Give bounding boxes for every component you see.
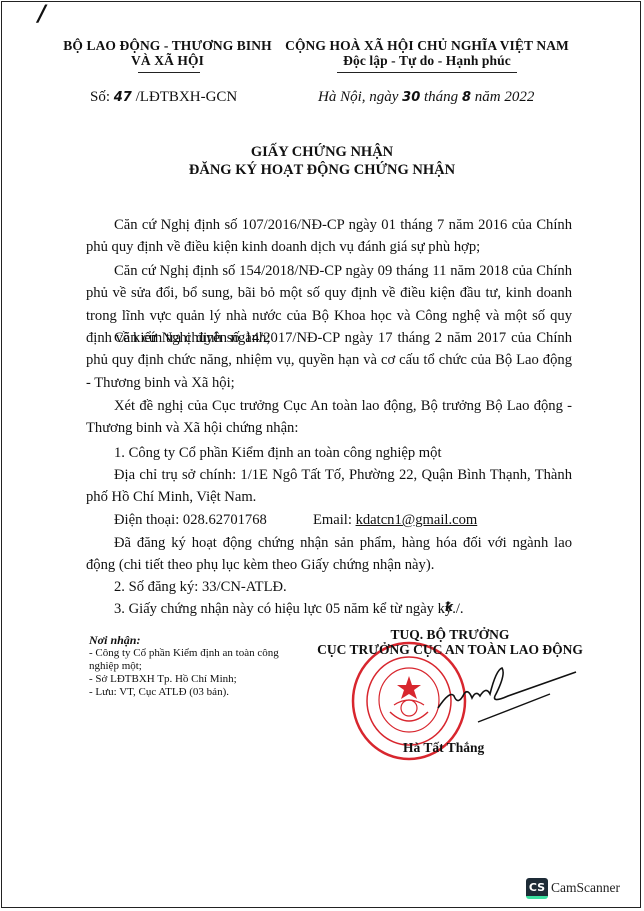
signatory-authority: TUQ. BỘ TRƯỞNG — [300, 627, 600, 643]
date-month: 8 — [462, 90, 471, 105]
recipients-heading: Nơi nhận: — [89, 633, 140, 648]
ministry-name-line2: VÀ XÃ HỘI — [60, 53, 275, 69]
recipient-item: - Công ty Cổ phần Kiểm định an toàn công — [89, 647, 279, 661]
signatory-name: Hà Tất Thắng — [403, 740, 484, 756]
doc-number-prefix: Số: — [90, 89, 110, 105]
certified-company: 1. Công ty Cổ phần Kiểm định an toàn côn… — [114, 442, 442, 464]
issue-date: Hà Nội, ngày 30 tháng 8 năm 2022 — [318, 89, 534, 106]
camscanner-logo-icon: CS — [526, 878, 548, 899]
email-link[interactable]: kdatcn1@gmail.com — [356, 512, 478, 528]
doc-number-suffix: /LĐTBXH-GCN — [136, 89, 238, 105]
recipient-item: - Lưu: VT, Cục ATLĐ (03 bản). — [89, 686, 229, 700]
document-number: Số: 47 /LĐTBXH-GCN — [90, 89, 237, 106]
email-label: Email: — [313, 512, 352, 528]
signatory-title: CỤC TRƯỞNG CỤC AN TOÀN LAO ĐỘNG — [300, 642, 600, 658]
country-name: CỘNG HOÀ XÃ HỘI CHỦ NGHĨA VIỆT NAM — [282, 38, 572, 54]
ministry-underline — [138, 72, 200, 73]
proposal-statement: Xét đề nghị của Cục trưởng Cục An toàn l… — [86, 395, 572, 440]
registration-scope: Đã đăng ký hoạt động chứng nhận sản phẩm… — [86, 532, 572, 577]
camscanner-label: CamScanner — [551, 880, 620, 896]
doc-number-handwritten: 47 — [114, 90, 132, 105]
motto-underline — [337, 72, 517, 73]
corner-pen-mark: / — [38, 2, 46, 27]
company-phone: Điện thoại: 028.62701768 — [114, 509, 267, 531]
document-title-line2: ĐĂNG KÝ HOẠT ĐỘNG CHỨNG NHẬN — [0, 162, 644, 179]
legal-basis-1: Căn cứ Nghị định số 107/2016/NĐ-CP ngày … — [86, 214, 572, 259]
date-day: 30 — [402, 90, 420, 105]
recipient-item: nghiệp một; — [89, 660, 142, 674]
date-year: năm 2022 — [475, 89, 535, 105]
company-address: Địa chỉ trụ sở chính: 1/1E Ngô Tất Tố, P… — [86, 464, 572, 509]
country-motto: Độc lập - Tự do - Hạnh phúc — [282, 53, 572, 69]
document-title-line1: GIẤY CHỨNG NHẬN — [0, 144, 644, 161]
initials-mark: ꝁ — [445, 600, 452, 614]
registration-number: 2. Số đăng ký: 33/CN-ATLĐ. — [114, 576, 287, 598]
company-email: Email: kdatcn1@gmail.com — [313, 509, 477, 531]
legal-basis-3: Căn cứ Nghị định số 14/2017/NĐ-CP ngày 1… — [86, 327, 572, 394]
date-month-label: tháng — [424, 89, 458, 105]
validity-statement: 3. Giấy chứng nhận này có hiệu lực 05 nă… — [114, 598, 464, 620]
ministry-name-line1: BỘ LAO ĐỘNG - THƯƠNG BINH — [60, 38, 275, 54]
handwritten-signature-icon — [430, 660, 580, 730]
date-place: Hà Nội, ngày — [318, 89, 398, 105]
recipient-item: - Sở LĐTBXH Tp. Hồ Chí Minh; — [89, 673, 237, 687]
